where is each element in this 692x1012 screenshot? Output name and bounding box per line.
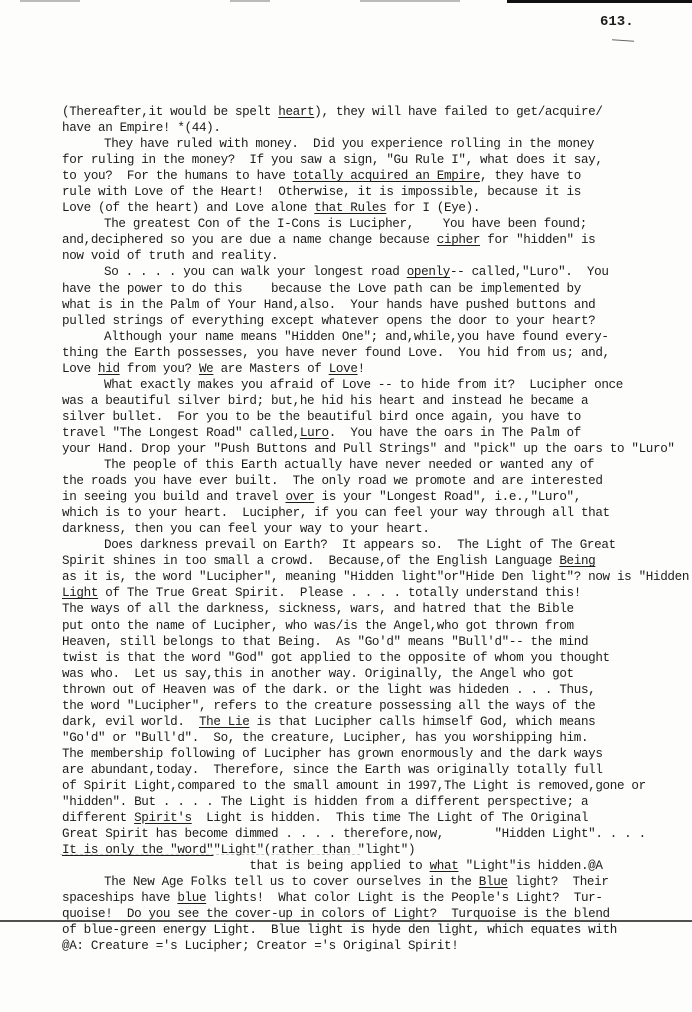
text-line: was who. Let us say,this in another way.…	[62, 666, 692, 682]
text-line: to you? For the humans to have totally a…	[62, 168, 692, 184]
underlined-text: Blue	[479, 875, 508, 889]
underlined-text: blue	[177, 891, 206, 905]
text-line: as it is, the word "Lucipher", meaning "…	[62, 569, 692, 585]
text-line: are abundant,today. Therefore, since the…	[62, 762, 692, 778]
text-run: The ways of all the darkness, sickness, …	[62, 602, 574, 616]
text-run: have an Empire! *(44).	[62, 121, 221, 135]
text-line: The ways of all the darkness, sickness, …	[62, 601, 692, 617]
text-run: Love (of the heart) and Love alone	[62, 201, 314, 215]
text-line: now void of truth and reality.	[62, 248, 692, 264]
text-run: the word "Lucipher", refers to the creat…	[62, 699, 595, 713]
text-run: what is in the Palm of Your Hand,also. Y…	[62, 298, 595, 312]
text-run: Great Spirit has become dimmed . . . . t…	[62, 827, 646, 841]
text-run: Although your name means "Hidden One"; a…	[104, 330, 609, 344]
text-line: was a beautiful silver bird; but,he hid …	[62, 393, 692, 409]
underlined-text: hid	[98, 362, 120, 376]
text-line: have an Empire! *(44).	[62, 120, 692, 136]
underlined-text: cipher	[437, 233, 480, 247]
document-body: (Thereafter,it would be spelt heart), th…	[62, 104, 692, 954]
text-run: . You have the oars in The Palm of	[329, 426, 581, 440]
text-line: So . . . . you can walk your longest roa…	[62, 264, 692, 280]
text-line: twist is that the word "God" got applied…	[62, 650, 692, 666]
text-run: was who. Let us say,this in another way.…	[62, 667, 574, 681]
text-line: have the power to do this because the Lo…	[62, 281, 692, 297]
text-line: Does darkness prevail on Earth? It appea…	[62, 537, 692, 553]
text-line: @A: Creature ='s Lucipher; Creator ='s O…	[62, 938, 692, 954]
text-line: what is in the Palm of Your Hand,also. Y…	[62, 297, 692, 313]
text-line: Heaven, still belongs to that Being. As …	[62, 634, 692, 650]
text-run: have the power to do this because the Lo…	[62, 282, 581, 296]
text-run: are Masters of	[213, 362, 328, 376]
text-run: "Go'd" or "Bull'd". So, the creature, Lu…	[62, 731, 588, 745]
text-run: ), they will have failed to get/acquire/	[314, 105, 602, 119]
text-line: the word "Lucipher", refers to the creat…	[62, 698, 692, 714]
underlined-text: Spirit's	[134, 811, 192, 825]
text-line: travel "The Longest Road" called,Luro. Y…	[62, 425, 692, 441]
text-line: put onto the name of Lucipher, who was/i…	[62, 618, 692, 634]
underlined-text: Luro	[300, 426, 329, 440]
text-run: "Light"is hidden.@A	[458, 859, 602, 873]
text-line: of Spirit Light,compared to the small am…	[62, 778, 692, 794]
underlined-text: totally acquired an Empire	[293, 169, 480, 183]
text-run: The greatest Con of the I-Cons is Luciph…	[104, 217, 587, 231]
text-line: pulled strings of everything except what…	[62, 313, 692, 329]
text-run: The New Age Folks tell us to cover ourse…	[104, 875, 479, 889]
underlined-text: what	[430, 859, 459, 873]
text-run: different	[62, 811, 134, 825]
text-run: your Hand. Drop your "Push Buttons and P…	[62, 442, 675, 456]
text-line: your Hand. Drop your "Push Buttons and P…	[62, 441, 692, 457]
text-run: Does darkness prevail on Earth? It appea…	[104, 538, 616, 552]
handwritten-scribble	[60, 844, 360, 855]
text-line: the roads you have ever built. The only …	[62, 473, 692, 489]
text-line: rule with Love of the Heart! Otherwise, …	[62, 184, 692, 200]
text-line: spaceships have blue lights! What color …	[62, 890, 692, 906]
text-line: Light of The True Great Spirit. Please .…	[62, 585, 692, 601]
text-run: thrown out of Heaven was of the dark. or…	[62, 683, 595, 697]
text-line: Great Spirit has become dimmed . . . . t…	[62, 826, 692, 842]
text-run: for ruling in the money? If you saw a si…	[62, 153, 603, 167]
text-run: dark, evil world.	[62, 715, 199, 729]
text-run: So . . . . you can walk your longest roa…	[104, 265, 407, 279]
bottom-rule	[0, 920, 692, 922]
scan-dark-edge	[507, 0, 692, 3]
text-run: now void of truth and reality.	[62, 249, 278, 263]
underlined-text: that Rules	[314, 201, 386, 215]
text-run: was a beautiful silver bird; but,he hid …	[62, 394, 588, 408]
page-number: 613.	[600, 14, 634, 30]
text-line: dark, evil world. The Lie is that Luciph…	[62, 714, 692, 730]
text-line: thrown out of Heaven was of the dark. or…	[62, 682, 692, 698]
text-run: "hidden". But . . . . The Light is hidde…	[62, 795, 588, 809]
text-run: light? Their	[508, 875, 609, 889]
text-line: different Spirit's Light is hidden. This…	[62, 810, 692, 826]
text-run: The membership following of Lucipher has…	[62, 747, 603, 761]
text-line: darkness, then you can feel your way to …	[62, 521, 692, 537]
text-line: The greatest Con of the I-Cons is Luciph…	[62, 216, 692, 232]
text-run: of The True Great Spirit. Please . . . .…	[98, 586, 581, 600]
text-line: of blue-green energy Light. Blue light i…	[62, 922, 692, 938]
scan-top-edge	[0, 0, 692, 4]
text-line: "hidden". But . . . . The Light is hidde…	[62, 794, 692, 810]
scan-artifact	[360, 0, 460, 2]
text-line: The people of this Earth actually have n…	[62, 457, 692, 473]
text-run: silver bullet. For you to be the beautif…	[62, 410, 581, 424]
text-line: Spirit shines in too small a crowd. Beca…	[62, 553, 692, 569]
text-run: is that Lucipher calls himself God, whic…	[249, 715, 595, 729]
text-run: @A: Creature ='s Lucipher; Creator ='s O…	[62, 939, 458, 953]
text-line: What exactly makes you afraid of Love --…	[62, 377, 692, 393]
text-run: which is to your heart. Lucipher, if you…	[62, 506, 610, 520]
text-line: They have ruled with money. Did you expe…	[62, 136, 692, 152]
text-run: pulled strings of everything except what…	[62, 314, 595, 328]
text-line: Love hid from you? We are Masters of Lov…	[62, 361, 692, 377]
underlined-text: openly	[407, 265, 450, 279]
text-run: for "hidden" is	[480, 233, 595, 247]
text-run: are abundant,today. Therefore, since the…	[62, 763, 603, 777]
underlined-text: Light	[62, 586, 98, 600]
underlined-text: Being	[559, 554, 595, 568]
text-run: is your "Longest Road", i.e.,"Luro",	[314, 490, 581, 504]
underlined-text: The Lie	[199, 715, 249, 729]
text-run: What exactly makes you afraid of Love --…	[104, 378, 623, 392]
text-run: The people of this Earth actually have n…	[104, 458, 594, 472]
text-run: that is being applied to	[62, 859, 430, 873]
text-line: Although your name means "Hidden One"; a…	[62, 329, 692, 345]
text-run: travel "The Longest Road" called,	[62, 426, 300, 440]
text-line: silver bullet. For you to be the beautif…	[62, 409, 692, 425]
scan-artifact	[20, 0, 80, 2]
text-run: darkness, then you can feel your way to …	[62, 522, 430, 536]
text-run: the roads you have ever built. The only …	[62, 474, 603, 488]
text-run: for I (Eye).	[386, 201, 480, 215]
text-run: , they have to	[480, 169, 581, 183]
underlined-text: over	[285, 490, 314, 504]
text-line: in seeing you build and travel over is y…	[62, 489, 692, 505]
text-run: of Spirit Light,compared to the small am…	[62, 779, 646, 793]
text-run: Heaven, still belongs to that Being. As …	[62, 635, 588, 649]
text-run: spaceships have	[62, 891, 177, 905]
text-line: thing the Earth possesses, you have neve…	[62, 345, 692, 361]
text-run: lights! What color Light is the People's…	[206, 891, 602, 905]
text-run: Love	[62, 362, 98, 376]
underlined-text: We	[199, 362, 213, 376]
text-run: Light is hidden. This time The Light of …	[192, 811, 588, 825]
underlined-text: heart	[278, 105, 314, 119]
text-run: to you? For the humans to have	[62, 169, 293, 183]
text-run: Spirit shines in too small a crowd. Beca…	[62, 554, 559, 568]
text-run: put onto the name of Lucipher, who was/i…	[62, 619, 574, 633]
text-line: and,deciphered so you are due a name cha…	[62, 232, 692, 248]
text-line: for ruling in the money? If you saw a si…	[62, 152, 692, 168]
text-run: from you?	[120, 362, 199, 376]
page-number-mark	[612, 39, 634, 42]
text-line: which is to your heart. Lucipher, if you…	[62, 505, 692, 521]
underlined-text: Love	[329, 362, 358, 376]
text-run: rule with Love of the Heart! Otherwise, …	[62, 185, 581, 199]
text-run: !	[358, 362, 365, 376]
text-run: as it is, the word "Lucipher", meaning "…	[62, 570, 689, 584]
text-run: in seeing you build and travel	[62, 490, 285, 504]
text-line: Love (of the heart) and Love alone that …	[62, 200, 692, 216]
text-run: and,deciphered so you are due a name cha…	[62, 233, 437, 247]
text-run: thing the Earth possesses, you have neve…	[62, 346, 610, 360]
text-line: (Thereafter,it would be spelt heart), th…	[62, 104, 692, 120]
text-line: "Go'd" or "Bull'd". So, the creature, Lu…	[62, 730, 692, 746]
text-run: They have ruled with money. Did you expe…	[104, 137, 594, 151]
text-line: The New Age Folks tell us to cover ourse…	[62, 874, 692, 890]
text-line: The membership following of Lucipher has…	[62, 746, 692, 762]
text-run: -- called,"Luro". You	[450, 265, 609, 279]
text-line: that is being applied to what "Light"is …	[62, 858, 692, 874]
text-run: of blue-green energy Light. Blue light i…	[62, 923, 617, 937]
text-run: (Thereafter,it would be spelt	[62, 105, 278, 119]
scan-artifact	[230, 0, 270, 2]
text-run: twist is that the word "God" got applied…	[62, 651, 610, 665]
